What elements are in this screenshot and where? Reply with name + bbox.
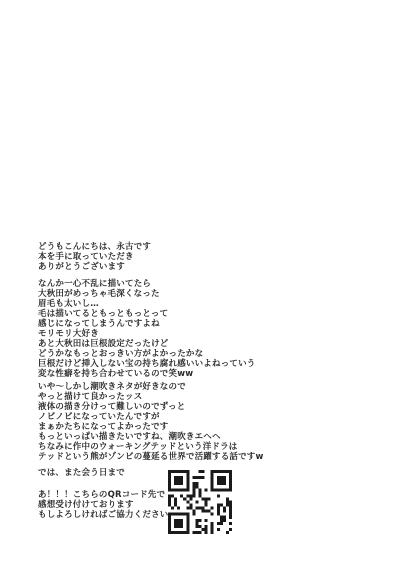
text-line: 感じになってしまうんですよね	[38, 319, 256, 329]
paragraph-drawing-notes: なんか一心不乱に描いてたら 大秋田がめっちゃ毛深くなった 眉毛も太いし… 毛は描…	[38, 279, 256, 379]
text-line: 感想受け付けております	[38, 500, 169, 510]
text-line: 毛は描いてるともっともっとって	[38, 309, 256, 319]
text-line: どうかなもっとおっきい方がよかったかな	[38, 349, 256, 359]
text-line: 眉毛も太いし…	[38, 299, 256, 309]
text-line: 液体の描き分けって難しいのでずっと	[38, 402, 264, 412]
text-line: あと大秋田は巨根設定だったけど	[38, 339, 256, 349]
text-line: モリモリ大好き	[38, 329, 256, 339]
text-line: まぁかたちになってよかったです	[38, 422, 264, 432]
text-line: なんか一心不乱に描いてたら	[38, 279, 256, 289]
text-line: 大秋田がめっちゃ毛深くなった	[38, 289, 256, 299]
paragraph-qr-note: あ！！！こちらのQRコード先で 感想受け付けております もしよろしければご協力く…	[38, 490, 169, 520]
text-line: 変な性癖を持ち合わせているので笑ww	[38, 369, 256, 379]
text-line: ちなみに作中のウォーキングテッドという洋ドラは	[38, 442, 264, 452]
qr-code-icon	[168, 470, 232, 534]
text-line: 巨根だけど挿入しない宝の持ち腐れ感いいよねっていう	[38, 359, 256, 369]
text-line: もしよろしければご協力ください	[38, 510, 169, 520]
paragraph-farewell: では、また会う日まで	[38, 468, 125, 478]
text-line: ありがとうございます	[38, 262, 151, 272]
paragraph-theme-notes: いや〜しかし潮吹きネタが好きなので やっと描けて良かったッス 液体の描き分けって…	[38, 382, 264, 462]
text-line: テッドという熊がゾンビの蔓延る世界で活躍する話ですw	[38, 452, 264, 462]
text-line: ノビノビになっていたんですが	[38, 412, 264, 422]
afterword-page: どうもこんにちは、永古です 本を手に取っていただき ありがとうございます なんか…	[0, 0, 400, 564]
text-line: もっといっぱい描きたいですね、潮吹きエヘヘ	[38, 432, 264, 442]
text-line: どうもこんにちは、永古です	[38, 242, 151, 252]
paragraph-greeting: どうもこんにちは、永古です 本を手に取っていただき ありがとうございます	[38, 242, 151, 272]
text-line: あ！！！こちらのQRコード先で	[38, 490, 169, 500]
text-line: やっと描けて良かったッス	[38, 392, 264, 402]
text-line: では、また会う日まで	[38, 468, 125, 478]
text-line: 本を手に取っていただき	[38, 252, 151, 262]
text-line: いや〜しかし潮吹きネタが好きなので	[38, 382, 264, 392]
